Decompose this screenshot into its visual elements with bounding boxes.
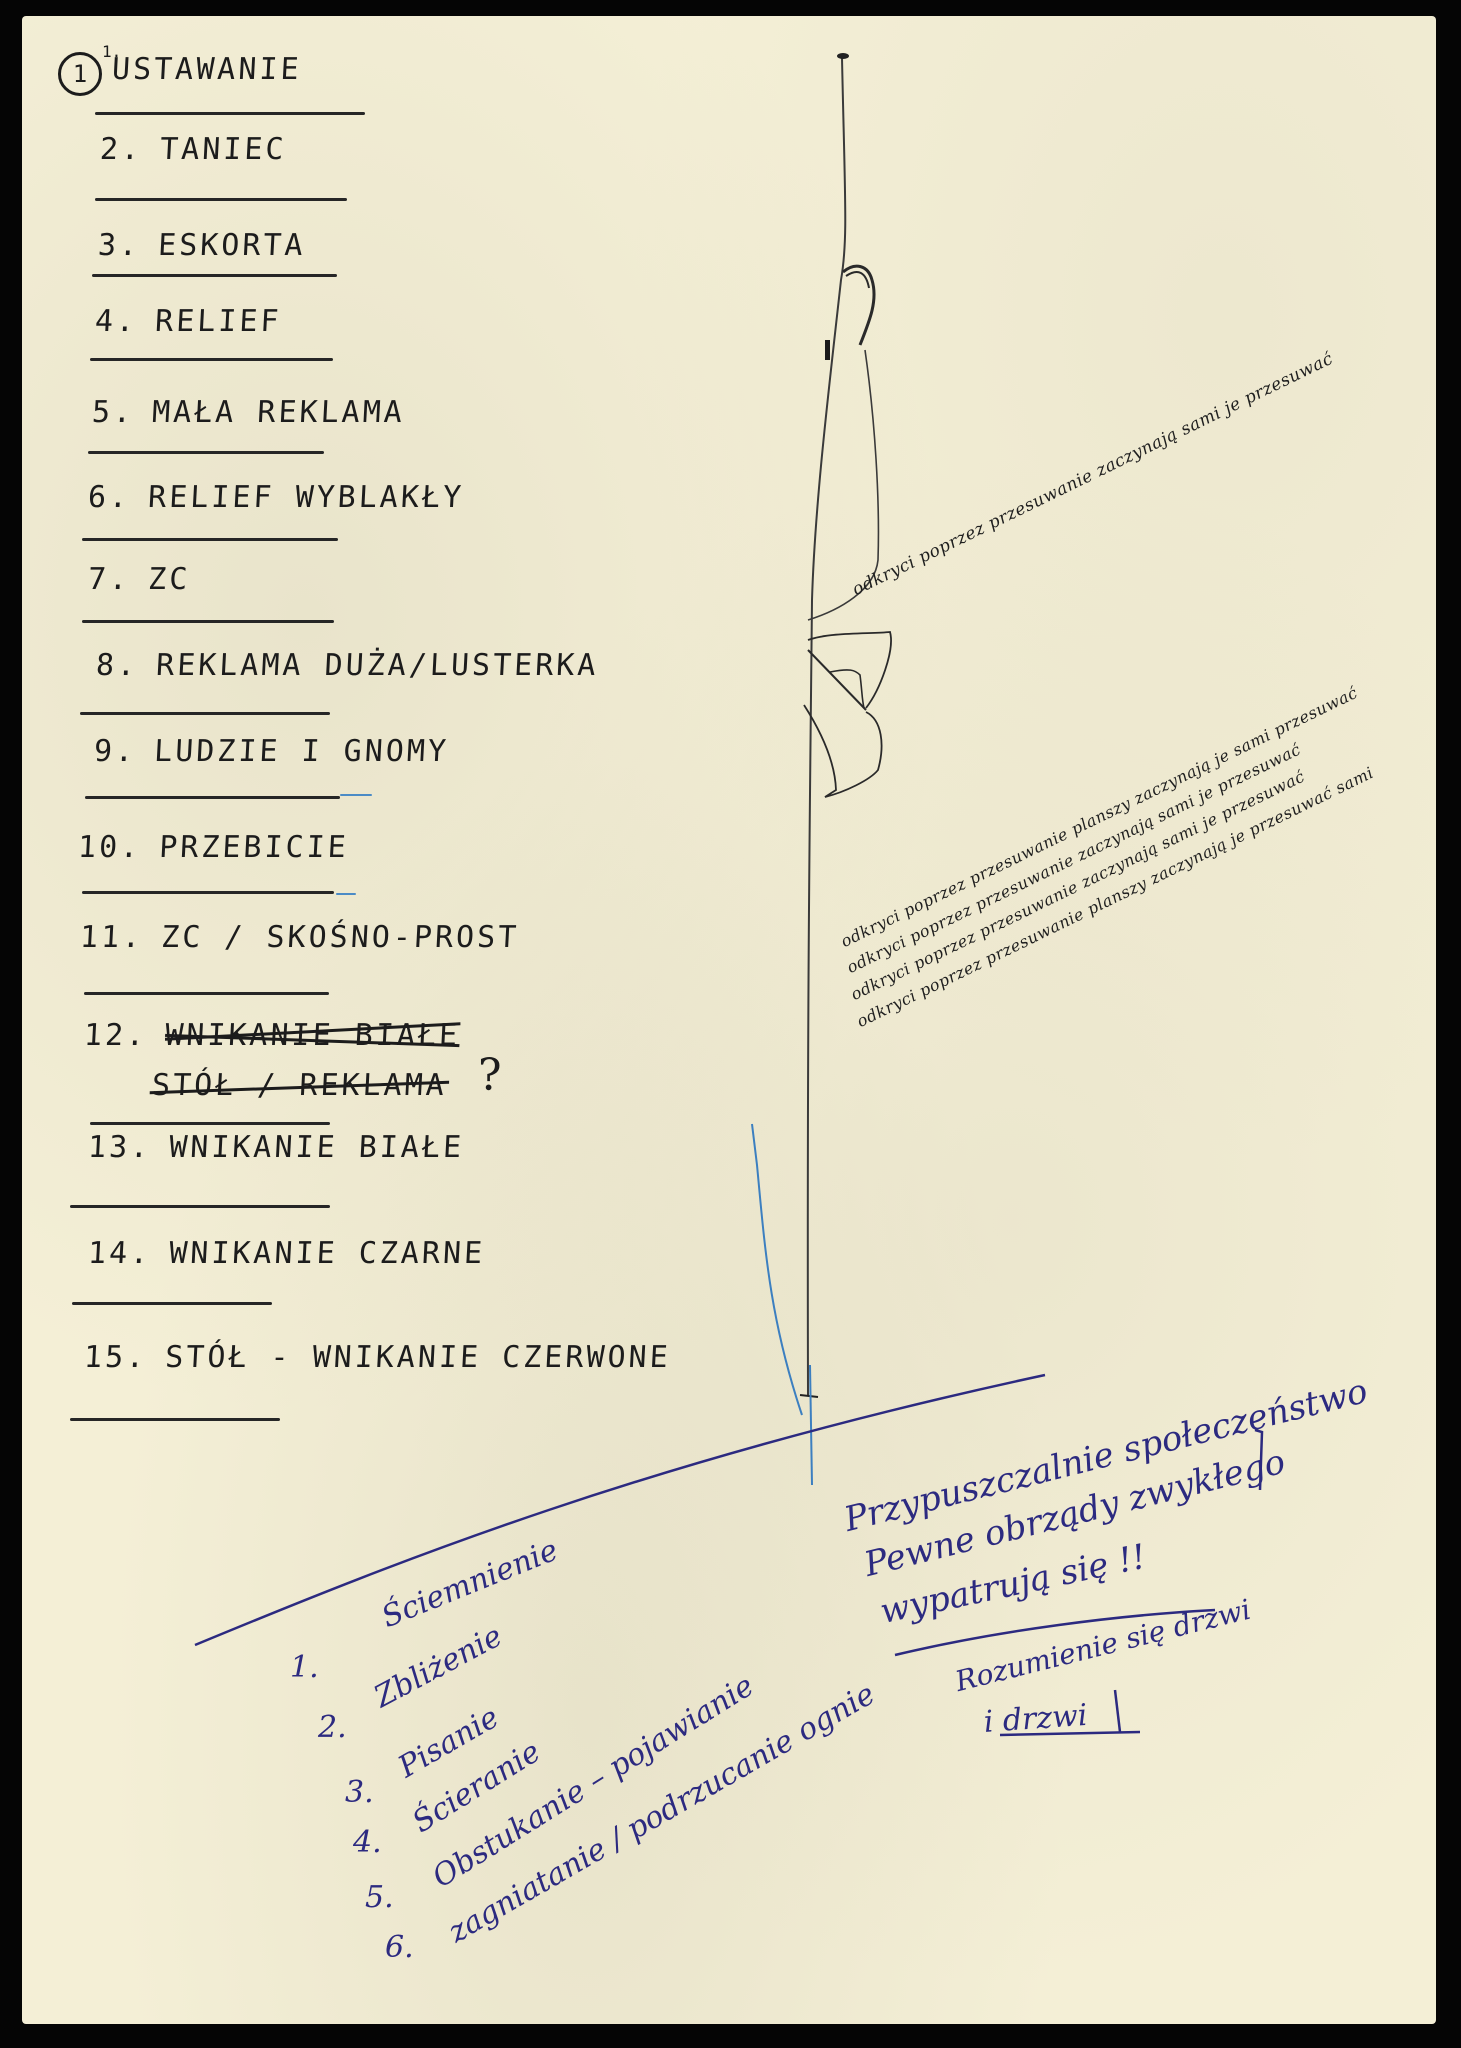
sketch-drawing	[0, 0, 1461, 2048]
blue-list-number: 4.	[353, 1825, 382, 1860]
blue-list-number: 2.	[318, 1710, 347, 1745]
blue-list-number: 5.	[365, 1880, 394, 1915]
blue-note-2-line-2: i drzwi	[983, 1698, 1089, 1740]
blue-list-number: 6.	[385, 1930, 414, 1965]
blue-list-number: 3.	[345, 1775, 374, 1810]
blue-list-number: 1.	[290, 1650, 319, 1685]
blue-note-text: i drzwi	[983, 1698, 1089, 1740]
